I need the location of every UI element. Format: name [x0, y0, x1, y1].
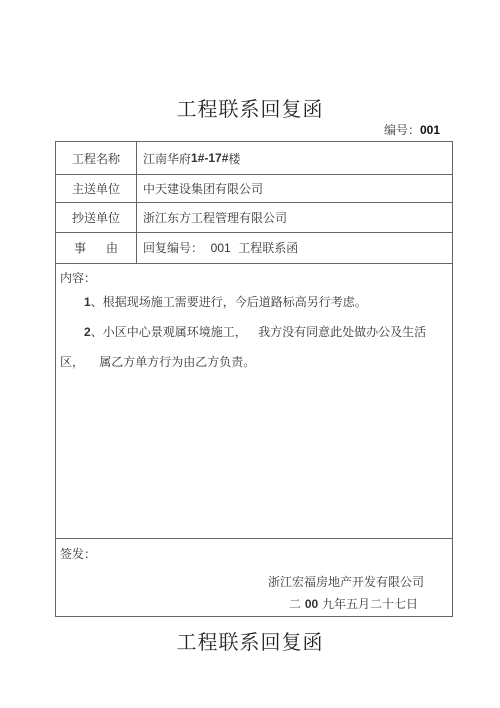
item-1-number: 1	[84, 295, 91, 309]
item-1-text: 、根据现场施工需要进行，今后道路标高另行考虑。	[91, 295, 367, 309]
serial-number: 编号：001	[384, 121, 440, 138]
label-cc-recipient: 抄送单位	[56, 202, 137, 232]
signature-section: 签发： 浙江宏福房地产开发有限公司 二 00 九年五月二十七日	[56, 539, 452, 616]
reply-form-table: 工程名称 江南华府 1#-17#楼 主送单位 中天建设集团有限公司 抄送单位 浙…	[55, 141, 453, 617]
row-cc-recipient: 抄送单位 浙江东方工程管理有限公司	[56, 202, 452, 233]
date-prefix: 二	[289, 597, 305, 611]
date-suffix: 九年五月二十七日	[318, 597, 418, 611]
document-title: 工程联系回复函	[0, 93, 500, 122]
content-item-1: 1、根据现场施工需要进行，今后道路标高另行考虑。	[60, 287, 446, 317]
serial-label: 编号：	[384, 123, 420, 137]
issue-date: 二 00 九年五月二十七日	[289, 595, 418, 612]
row-subject: 事由 回复编号： 001 工程联系函	[56, 232, 452, 264]
label-subject-right: 由	[106, 239, 118, 256]
project-name-text: 江南华府	[143, 150, 191, 167]
signature-heading: 签发：	[60, 545, 96, 562]
subject-number: 001	[211, 241, 231, 255]
value-main-recipient: 中天建设集团有限公司	[137, 174, 452, 202]
label-main-recipient: 主送单位	[56, 174, 137, 202]
content-section: 内容： 1、根据现场施工需要进行，今后道路标高另行考虑。 2、小区中心景观属环境…	[56, 263, 452, 539]
footer-title: 工程联系回复函	[0, 626, 500, 655]
project-building-range: 1#-17#	[191, 151, 228, 165]
subject-prefix: 回复编号：	[143, 239, 211, 256]
serial-value: 001	[420, 123, 440, 137]
item-2-number: 2	[84, 325, 91, 339]
value-subject: 回复编号： 001 工程联系函	[137, 232, 452, 263]
value-cc-recipient: 浙江东方工程管理有限公司	[137, 202, 452, 232]
project-name-suffix: 楼	[228, 150, 240, 167]
label-subject-left: 事	[74, 239, 86, 256]
label-project-name: 工程名称	[56, 142, 137, 174]
date-year-digits: 00	[305, 597, 318, 611]
label-subject: 事由	[56, 232, 137, 263]
row-main-recipient: 主送单位 中天建设集团有限公司	[56, 174, 452, 203]
content-heading: 内容：	[60, 269, 96, 286]
content-item-2: 2、小区中心景观属环境施工， 我方没有同意此处做办公及生活区， 属乙方单方行为由…	[60, 317, 446, 377]
value-project-name: 江南华府 1#-17#楼	[137, 142, 452, 174]
issuing-company: 浙江宏福房地产开发有限公司	[268, 573, 424, 590]
row-project-name: 工程名称 江南华府 1#-17#楼	[56, 142, 452, 175]
item-2-text: 、小区中心景观属环境施工， 我方没有同意此处做办公及生活区， 属乙方单方行为由乙…	[60, 325, 426, 369]
subject-suffix: 工程联系函	[231, 239, 299, 256]
